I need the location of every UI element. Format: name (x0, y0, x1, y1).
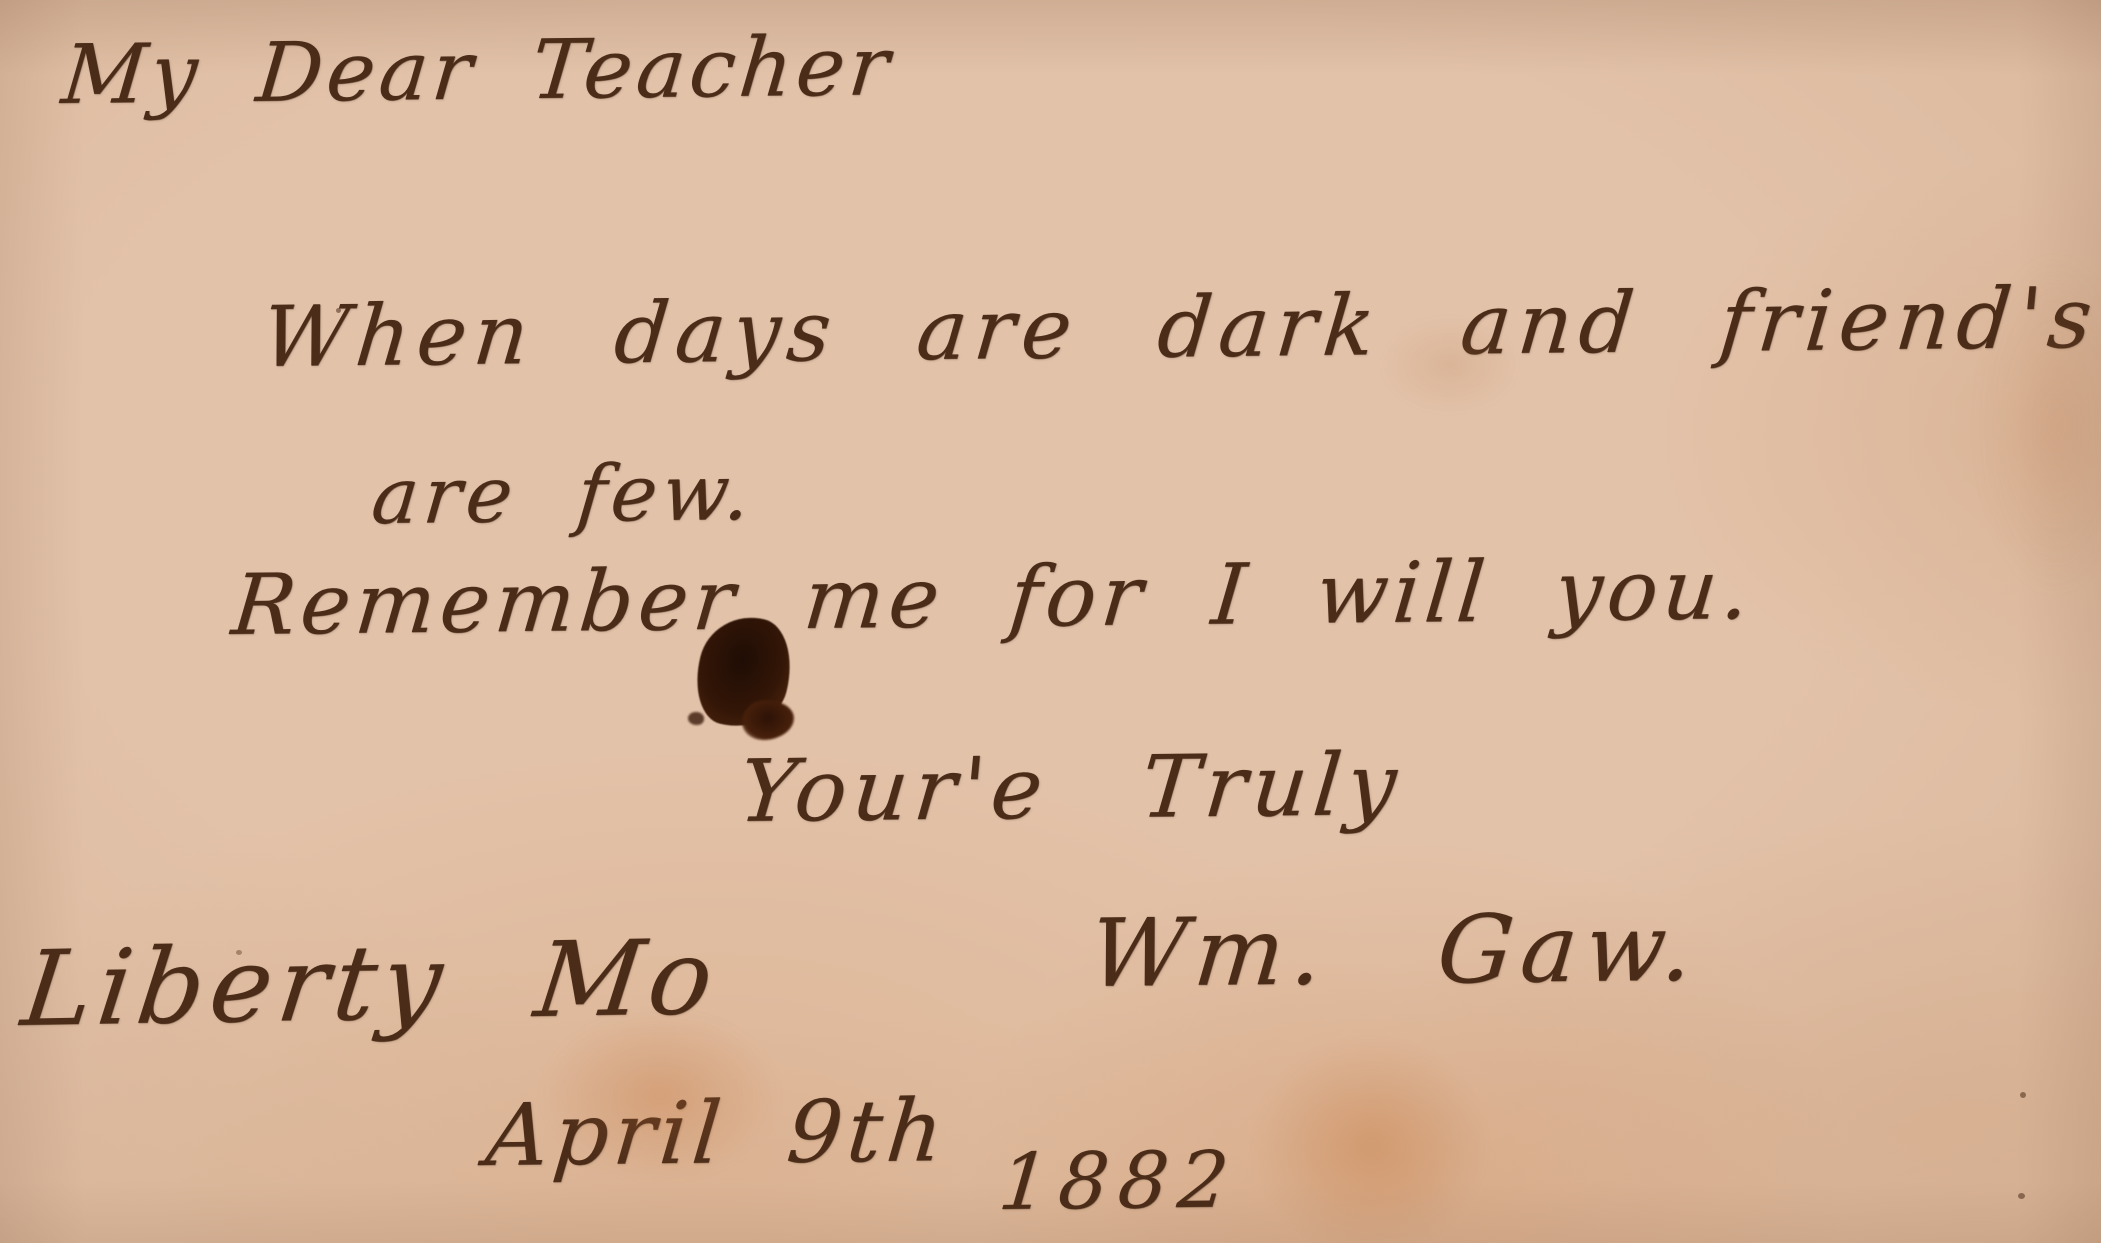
ink-blot-speck (688, 712, 704, 725)
place-text: Liberty Mo (16, 916, 725, 1050)
ink-speck (2020, 1092, 2026, 1098)
verse-line-3: Remember me for I will you. (228, 540, 1759, 654)
date-month-day: April 9th (482, 1081, 952, 1186)
date-year: 1882 (995, 1136, 1242, 1228)
ink-blot-tail (742, 700, 794, 740)
closing-text: Your'e Truly (735, 735, 1407, 842)
signature-text: Wm. Gaw. (1085, 894, 1706, 1009)
verse-line-2: are few. (368, 448, 759, 542)
ink-speck (336, 308, 341, 313)
foxing-stain-date (1255, 1040, 1485, 1243)
verse-line-1: When days are dark and friend's (258, 269, 2101, 386)
handwritten-note-page: My Dear Teacher When days are dark and f… (0, 0, 2101, 1243)
salutation-text: My Dear Teacher (58, 19, 897, 123)
ink-speck (236, 950, 242, 955)
ink-speck (2018, 1193, 2025, 1199)
